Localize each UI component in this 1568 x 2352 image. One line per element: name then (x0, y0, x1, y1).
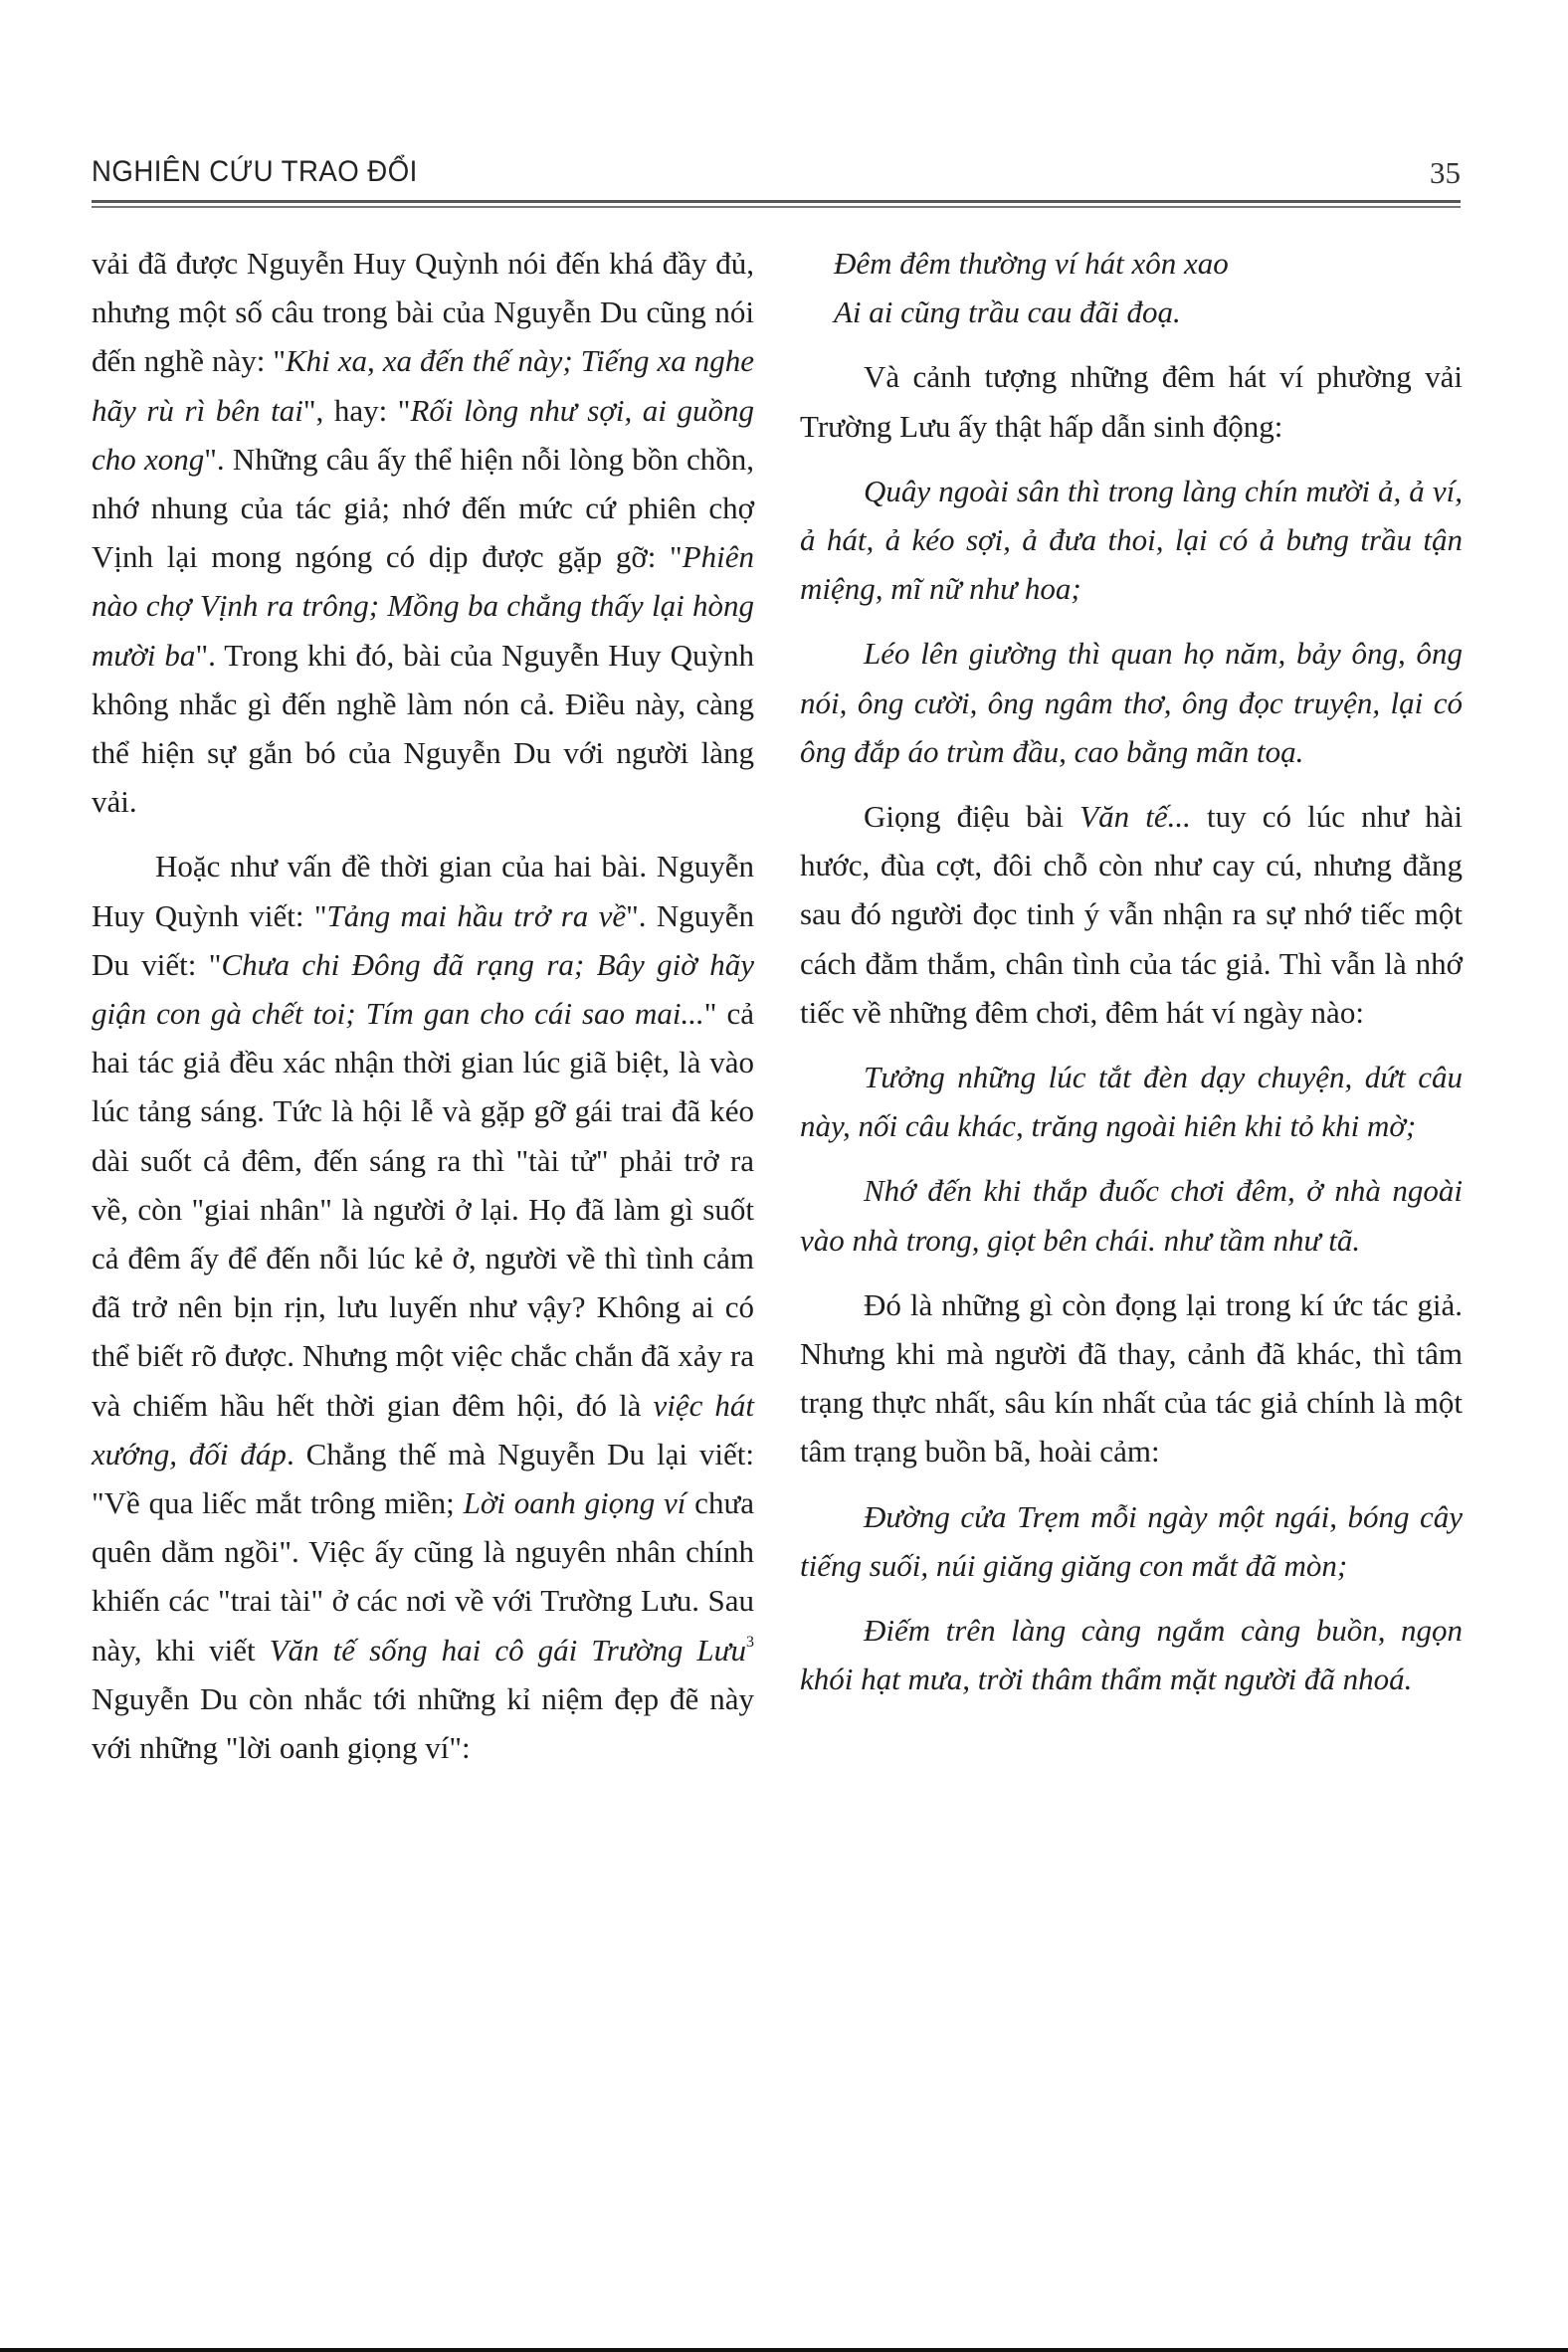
paragraph-5: Đó là những gì còn đọng lại trong kí ức … (800, 1280, 1463, 1476)
paragraph-3: Và cảnh tượng những đêm hát ví phường vả… (800, 352, 1463, 450)
section-title: NGHIÊN CỨU TRAO ĐỔI (92, 155, 418, 189)
header-rule-bottom (92, 206, 1461, 208)
quote-3: Tưởng những lúc tắt đèn dạy chuyện, dứt … (800, 1053, 1463, 1150)
running-header: NGHIÊN CỨU TRAO ĐỔI 35 (92, 155, 1461, 195)
quote-1: Quây ngoài sân thì trong làng chín mười … (800, 467, 1463, 614)
text-run: Giọng điệu bài (864, 799, 1079, 834)
paragraph-4: Giọng điệu bài Văn tế... tuy có lúc như … (800, 792, 1463, 1037)
text-run: " cả hai tác giả đều xác nhận thời gian … (92, 996, 754, 1423)
quote-5: Đường cửa Trẹm mỗi ngày một ngái, bóng c… (800, 1492, 1463, 1590)
header-rule-top (92, 200, 1461, 203)
work-title: Văn tế... (1079, 799, 1191, 834)
paragraph-1: vải đã được Nguyễn Huy Quỳnh nói đến khá… (92, 239, 754, 826)
verse-line: Ai ai cũng trầu cau đãi đoạ. (800, 288, 1463, 336)
page-bottom-edge (0, 2348, 1568, 2352)
quote-2: Léo lên giường thì quan họ năm, bảy ông,… (800, 629, 1463, 776)
quote-4: Nhớ đến khi thắp đuốc chơi đêm, ở nhà ng… (800, 1166, 1463, 1264)
verse-1: Đêm đêm thường ví hát xôn xao Ai ai cũng… (800, 239, 1463, 336)
work-title: Văn tế sống hai cô gái Trường Lưu (270, 1633, 746, 1667)
left-column: vải đã được Nguyễn Huy Quỳnh nói đến khá… (92, 239, 754, 1788)
quote-run: Tảng mai hầu trở ra về (326, 898, 626, 933)
text-run: Nguyễn Du còn nhắc tới những kỉ niệm đẹp… (92, 1681, 754, 1765)
page-number: 35 (1430, 155, 1461, 191)
text-run: ", hay: " (303, 393, 411, 428)
quote-6: Điếm trên làng càng ngắm càng buồn, ngọn… (800, 1606, 1463, 1703)
right-column: Đêm đêm thường ví hát xôn xao Ai ai cũng… (800, 239, 1463, 1719)
paragraph-2: Hoặc như vấn đề thời gian của hai bài. N… (92, 842, 754, 1772)
footnote-ref[interactable]: 3 (746, 1634, 754, 1651)
quote-run: Lời oanh giọng ví (464, 1485, 686, 1520)
verse-line: Đêm đêm thường ví hát xôn xao (800, 239, 1463, 288)
